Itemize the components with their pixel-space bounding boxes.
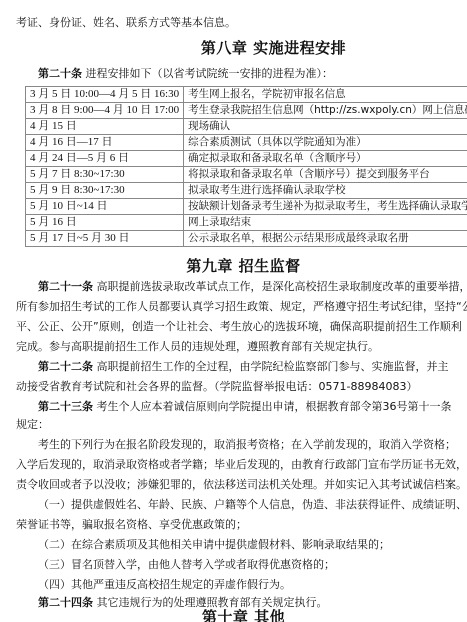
schedule-time: 5 月 9 日 8:30~17:30 (26, 183, 184, 199)
schedule-task: 综合素质测试（具体以学院通知为准） (184, 135, 467, 151)
article-21-line-4: 完成。参与高职提前招生工作人员的违规处理，遵照教育部有关规定执行。 (16, 338, 379, 354)
schedule-task: 拟录取考生进行选择确认录取学校 (184, 183, 467, 199)
article-22-label: 第二十二条 (38, 360, 93, 373)
article-23-line-2: 规定： (16, 416, 49, 432)
table-row: 5 月 7 日 8:30~17:30将拟录取和备录取名单（含顺序号）提交到服务平… (26, 167, 467, 183)
schedule-task: 将拟录取和备录取名单（含顺序号）提交到服务平台 (184, 167, 467, 183)
article-23-item-2: （二）在综合素质项及其他相关申请中提供虚假材料、影响录取结果的； (38, 536, 390, 552)
schedule-time: 4 月 24 日—5 月 6 日 (26, 151, 184, 167)
article-21-text: 高职提前选拔录取改革试点工作，是深化高校招生录取制度改革的重要举措， (93, 280, 467, 293)
schedule-task: 公示录取名单，根据公示结果形成最终录取名册 (184, 231, 467, 247)
schedule-time: 5 月 10 日~14 日 (26, 199, 184, 215)
article-22-line-2: 动接受省教育考试院和社会各界的监督。（学院监督举报电话：0571-8898408… (16, 378, 417, 394)
schedule-time: 3 月 5 日 10:00—4 月 5 日 16:30 (26, 87, 184, 103)
table-row: 3 月 8 日 9:00—4 月 10 日 17:00考生登录我院招生信息网（h… (26, 103, 467, 119)
intro-line: 考证、身份证、姓名、联系方式等基本信息。 (16, 14, 236, 30)
table-row: 4 月 15 日现场确认 (26, 119, 467, 135)
schedule-task: 按缺额计划备录考生递补为拟录取考生，考生选择确认录取学校 (184, 199, 467, 215)
schedule-time: 5 月 17 日~5 月 30 日 (26, 231, 184, 247)
article-23-item-3: （三）冒名顶替入学，由他人替考入学或者取得优惠资格的； (38, 556, 335, 572)
schedule-task: 现场确认 (184, 119, 467, 135)
chapter-10-title: 第十章 其他 (10, 606, 467, 622)
table-row: 5 月 16 日网上录取结束 (26, 215, 467, 231)
article-21-line-1: 第二十一条 高职提前选拔录取改革试点工作，是深化高校招生录取制度改革的重要举措， (38, 278, 467, 294)
article-23-item-1-cont: 荣誉证书等，骗取报名资格、享受优惠政策的； (16, 516, 247, 532)
article-23-text: 考生个人应本着诚信原则向学院提出申请，根据教育部令第36号第十一条 (93, 400, 452, 413)
article-23-label: 第二十三条 (38, 400, 93, 413)
article-21-line-3: 平、公正、公开”原则，创造一个让社会、考生放心的选拔环境，确保高职提前招生工作顺… (16, 318, 462, 334)
schedule-task: 考生网上报名，学院初审报名信息 (184, 87, 467, 103)
article-22-line-1: 第二十二条 高职提前招生工作的全过程，由学院纪检监察部门参与、实施监督，并主 (38, 358, 449, 374)
article-21-label: 第二十一条 (38, 280, 93, 293)
chapter-8-title: 第八章 实施进程安排 (40, 37, 467, 58)
article-23-item-4: （四）其他严重违反高校招生规定的弄虚作假行为。 (38, 576, 291, 592)
article-23-line-1: 第二十三条 考生个人应本着诚信原则向学院提出申请，根据教育部令第36号第十一条 (38, 398, 452, 414)
article-21-line-2: 所有参加招生考试的工作人员都要认真学习招生政策、规定，严格遵守招生考试纪律，坚持… (16, 298, 467, 314)
article-23-item-1: （一）提供虚假姓名、年龄、民族、户籍等个人信息，伪造、非法获得证件、成绩证明、 (38, 496, 467, 512)
chapter-9-title: 第九章 招生监督 (10, 255, 467, 276)
article-23-body-1: 考生的下列行为在报名阶段发现的，取消报考资格；在入学前发现的，取消入学资格； (38, 436, 456, 452)
schedule-time: 5 月 7 日 8:30~17:30 (26, 167, 184, 183)
table-row: 5 月 10 日~14 日按缺额计划备录考生递补为拟录取考生，考生选择确认录取学… (26, 199, 467, 215)
article-20-label: 第二十条 (38, 67, 82, 80)
schedule-time: 5 月 16 日 (26, 215, 184, 231)
article-22-text: 高职提前招生工作的全过程，由学院纪检监察部门参与、实施监督，并主 (93, 360, 449, 373)
schedule-time: 4 月 16 日—17 日 (26, 135, 184, 151)
schedule-time: 3 月 8 日 9:00—4 月 10 日 17:00 (26, 103, 184, 119)
schedule-task: 确定拟录取和备录取名单（含顺序号） (184, 151, 467, 167)
table-row: 4 月 16 日—17 日综合素质测试（具体以学院通知为准） (26, 135, 467, 151)
schedule-time: 4 月 15 日 (26, 119, 184, 135)
table-row: 3 月 5 日 10:00—4 月 5 日 16:30考生网上报名，学院初审报名… (26, 87, 467, 103)
schedule-table: 3 月 5 日 10:00—4 月 5 日 16:30考生网上报名，学院初审报名… (25, 86, 467, 247)
article-20-text: 进程安排如下（以省考试院统一安排的进程为准）： (82, 67, 333, 80)
schedule-task: 网上录取结束 (184, 215, 467, 231)
table-row: 5 月 9 日 8:30~17:30拟录取考生进行选择确认录取学校 (26, 183, 467, 199)
table-row: 5 月 17 日~5 月 30 日公示录取名单，根据公示结果形成最终录取名册 (26, 231, 467, 247)
article-23-body-2: 入学后发现的，取消录取资格或者学籍；毕业后发现的，由教育行政部门宣布学历证书无效… (16, 456, 467, 472)
article-20: 第二十条 进程安排如下（以省考试院统一安排的进程为准）： (38, 65, 333, 81)
schedule-task: 考生登录我院招生信息网（http://zs.wxpoly.cn）网上信息确认 (184, 103, 467, 119)
table-row: 4 月 24 日—5 月 6 日确定拟录取和备录取名单（含顺序号） (26, 151, 467, 167)
article-23-body-3: 责令收回或者予以没收；涉嫌犯罪的，依法移送司法机关处理。并如实记入其考试诚信档案… (16, 476, 467, 492)
